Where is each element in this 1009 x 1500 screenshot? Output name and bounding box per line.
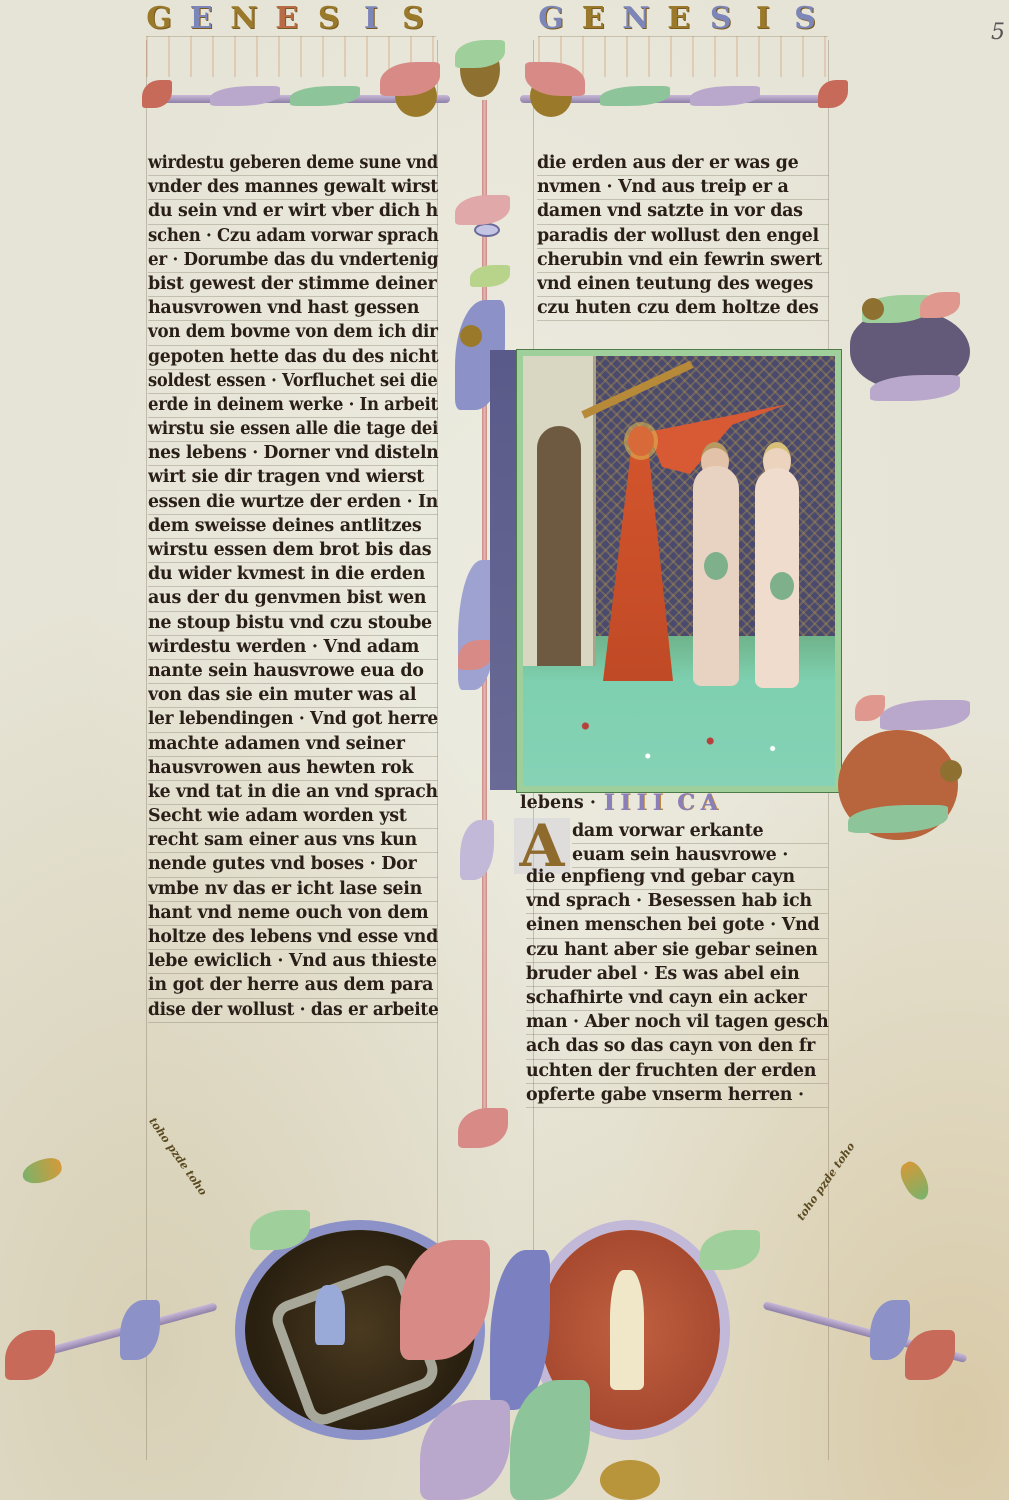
right-text-column-bottom: die enpfieng vnd gebar cayn vnd sprach ·… (526, 866, 828, 1108)
caption-word: lebens · (520, 793, 596, 813)
text-line: wirstu sie essen alle die tage dei (148, 418, 438, 442)
header-letter: S (792, 1, 828, 36)
chapter-number: IIII (604, 790, 669, 816)
acanthus-leaf-lilac (420, 1400, 510, 1500)
acanthus-leaf-green (290, 86, 360, 106)
text-line: von dem bovme von dem ich dir (148, 321, 438, 345)
header-letter: G (538, 1, 574, 36)
acanthus-leaf-blue (870, 1300, 910, 1360)
text-line: dam vorwar erkante (572, 820, 828, 844)
text-line: gepoten hette das du des nicht (148, 346, 438, 370)
text-line: wirstu essen dem brot bis das (148, 539, 438, 563)
text-line: hausvrowen aus hewten rok (148, 757, 438, 781)
acanthus-leaf-pink (920, 292, 960, 318)
acanthus-leaf-pink (455, 195, 510, 225)
acanthus-leaf-pink (5, 1330, 55, 1380)
acanthus-leaf-lilac (460, 820, 494, 880)
text-line: hausvrowen vnd hast gessen (148, 297, 438, 321)
text-line: du wider kvmest in die erden (148, 563, 438, 587)
header-penwork-fringe (538, 36, 828, 77)
acanthus-leaf-lilac (880, 700, 970, 730)
text-line: damen vnd satzte in vor das (537, 200, 829, 224)
maiden-figure (610, 1270, 644, 1390)
text-line: bist gewest der stimme deiner (148, 273, 438, 297)
running-header-left: G E N E S I S (146, 0, 436, 36)
header-letter: E (274, 1, 310, 36)
acanthus-leaf-green (700, 1230, 760, 1270)
text-line: ne stoup bistu vnd czu stoube (148, 612, 438, 636)
text-line: ler lebendingen · Vnd got herre (148, 708, 438, 732)
header-letter: E (580, 1, 616, 36)
seated-figure (315, 1285, 345, 1345)
header-letter: S (316, 1, 352, 36)
acanthus-leaf-lilac (210, 86, 280, 106)
text-line: nvmen · Vnd aus treip er a (537, 176, 829, 200)
gold-ball (862, 298, 884, 320)
vine-ring (474, 223, 500, 237)
header-letter: I (358, 1, 394, 36)
text-line: ke vnd tat in die an vnd sprach (148, 781, 438, 805)
acanthus-leaf-pink (818, 80, 848, 108)
text-line: schen · Czu adam vorwar sprach (148, 225, 438, 249)
gate-doorway (537, 426, 581, 666)
text-line: cherubin vnd ein fewrin swert (537, 249, 829, 273)
text-line: machte adamen vnd seiner (148, 733, 438, 757)
text-line: holtze des lebens vnd esse vnd (148, 926, 438, 950)
acanthus-leaf-pink (142, 80, 172, 108)
text-line: wirdestu geberen deme sune vnd (148, 152, 438, 176)
header-letter: E (666, 1, 702, 36)
miniature-expulsion-from-paradise (517, 350, 841, 792)
angel-head-with-halo (628, 426, 654, 456)
acanthus-leaf-pink (458, 1108, 508, 1148)
text-line: essen die wurtze der erden · In (148, 491, 438, 515)
right-text-column-top: die erden aus der er was ge nvmen · Vnd … (537, 152, 829, 321)
text-line: euam sein hausvrowe · (572, 844, 828, 868)
text-line: Secht wie adam worden yst (148, 805, 438, 829)
text-line: vnder des mannes gewalt wirst (148, 176, 438, 200)
left-blue-panel (490, 350, 520, 790)
text-line: vnd sprach · Besessen hab ich (526, 890, 828, 914)
header-letter: G (146, 1, 182, 36)
folio-number: 5 (991, 20, 1005, 45)
text-line: vmbe nv das er icht lase sein (148, 878, 438, 902)
text-line: du sein vnd er wirt vber dich h (148, 200, 438, 224)
text-line: vnd einen teutung des weges (537, 273, 829, 297)
text-line: ach das so das cayn von den fr (526, 1035, 828, 1059)
text-line: bruder abel · Es was abel ein (526, 963, 828, 987)
fig-leaf (704, 552, 728, 580)
text-line: recht sam einer aus vns kun (148, 829, 438, 853)
text-line: wirt sie dir tragen vnd wierst (148, 466, 438, 490)
gold-ball (460, 325, 482, 347)
text-line: hant vnd neme ouch von dem (148, 902, 438, 926)
running-header-right: G E N E S I S (538, 0, 828, 36)
text-line: nes lebens · Dorner vnd disteln (148, 442, 438, 466)
text-line: paradis der wollust den engel (537, 225, 829, 249)
right-text-column-bottom-indented: dam vorwar erkante euam sein hausvrowe · (572, 820, 828, 868)
text-line: von das sie ein muter was al (148, 684, 438, 708)
text-line: in got der herre aus dem para (148, 974, 438, 998)
acanthus-leaf-green (600, 86, 670, 106)
text-line: wirdestu werden · Vnd adam (148, 636, 438, 660)
header-letter: S (400, 1, 436, 36)
header-letter: I (750, 1, 786, 36)
text-line: dem sweisse deines antlitzes (148, 515, 438, 539)
gold-ball (600, 1460, 660, 1500)
text-line: czu hant aber sie gebar seinen (526, 939, 828, 963)
left-margin-rule (146, 40, 147, 1460)
header-letter: N (230, 1, 267, 36)
text-line: opferte gabe vnserm herren · (526, 1084, 828, 1108)
chapter-heading: CA (677, 790, 724, 816)
kingfisher-bird-left (20, 1155, 64, 1187)
text-line: dise der wollust · das er arbeite (148, 999, 438, 1023)
left-text-column: wirdestu geberen deme sune vnd vnder des… (148, 152, 438, 1023)
header-letter: S (708, 1, 744, 36)
gold-ball (940, 760, 962, 782)
text-line: soldest essen · Vorfluchet sei die (148, 370, 438, 394)
text-line: er · Dorumbe das du vndertenig (148, 249, 438, 273)
header-letter: E (188, 1, 224, 36)
text-line: erde in deinem werke · In arbeit (148, 394, 438, 418)
kingfisher-bird-right (895, 1158, 934, 1204)
text-line: czu huten czu dem holtze des (537, 297, 829, 321)
text-line: die enpfieng vnd gebar cayn (526, 866, 828, 890)
banderole-right: toho pzde toho (794, 1140, 857, 1223)
acanthus-leaf-green (470, 265, 510, 287)
text-line: die erden aus der er was ge (537, 152, 829, 176)
text-line: einen menschen bei gote · Vnd (526, 914, 828, 938)
acanthus-leaf-pink (905, 1330, 955, 1380)
acanthus-leaf-blue (120, 1300, 160, 1360)
text-line: nante sein hausvrowe eua do (148, 660, 438, 684)
text-line: lebe ewiclich · Vnd aus thieste (148, 950, 438, 974)
fig-leaf (770, 572, 794, 600)
text-line: nende gutes vnd boses · Dor (148, 853, 438, 877)
acanthus-leaf-lilac (690, 86, 760, 106)
text-line: uchten der fruchten der erden (526, 1060, 828, 1084)
text-line: aus der du genvmen bist wen (148, 587, 438, 611)
text-line: man · Aber noch vil tagen gesch (526, 1011, 828, 1035)
header-letter: N (622, 1, 659, 36)
text-line: schafhirte vnd cayn ein acker (526, 987, 828, 1011)
banderole-left: toho pzde toho (146, 1115, 209, 1198)
